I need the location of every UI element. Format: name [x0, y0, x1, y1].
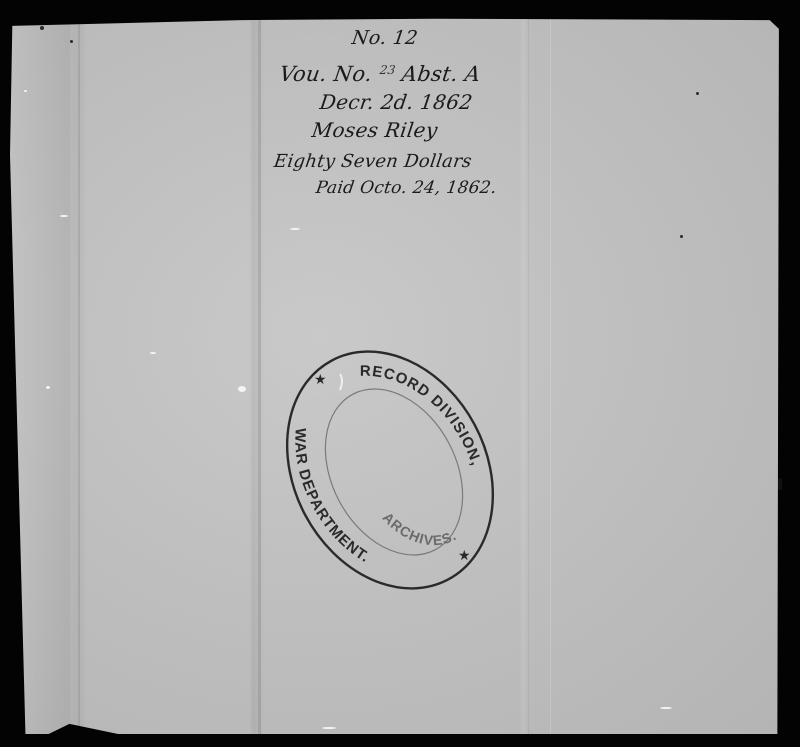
paper-margin-shade [10, 10, 70, 734]
stamp-top-text: RECORD DIVISION, [360, 363, 485, 468]
fold-line [78, 10, 80, 734]
paper-scratch [340, 374, 342, 390]
paper-speck [322, 727, 336, 729]
paper-speck [60, 215, 68, 217]
svg-text:ARCHIVES.: ARCHIVES. [380, 509, 460, 548]
edge-mark [778, 478, 782, 490]
ink-speck [40, 26, 44, 30]
paper-speck [46, 386, 50, 389]
voucher-label: Vou. No. [278, 62, 381, 86]
ink-speck [70, 40, 73, 43]
record-division-stamp: RECORD DIVISION, WAR DEPARTMENT. ARCHIVE… [282, 350, 502, 590]
fold-line [258, 10, 261, 734]
fold-line [528, 10, 529, 734]
star-icon: ★ [314, 373, 327, 388]
stamp-graphic: RECORD DIVISION, WAR DEPARTMENT. ARCHIVE… [282, 350, 502, 590]
voucher-number-line: No. 12 [350, 24, 420, 52]
amount-line: Eighty Seven Dollars [272, 148, 474, 176]
paper-speck [150, 352, 156, 354]
ink-speck [680, 235, 683, 238]
voucher-abstract-line: Vou. No. 23 Abst. A [278, 56, 483, 88]
date-line: Decr. 2d. 1862 [318, 88, 474, 116]
ink-speck [696, 92, 699, 95]
payee-name: Moses Riley [310, 116, 439, 144]
paper-speck [660, 707, 672, 709]
paper-speck [238, 386, 246, 392]
paid-date-line: Paid Octo. 24, 1862. [314, 174, 499, 202]
abstract-label: Abst. A [393, 62, 482, 86]
paper-speck [290, 228, 300, 230]
star-icon: ★ [458, 549, 471, 564]
fold-line [550, 10, 551, 734]
paper-speck [24, 90, 27, 92]
stamp-inner-text: ARCHIVES. [380, 509, 460, 548]
svg-text:RECORD DIVISION,: RECORD DIVISION, [360, 363, 485, 468]
scanned-document: No. 12 Vou. No. 23 Abst. A Decr. 2d. 186… [0, 0, 800, 747]
svg-text:WAR DEPARTMENT.: WAR DEPARTMENT. [291, 428, 372, 566]
stamp-bottom-text: WAR DEPARTMENT. [291, 428, 372, 566]
